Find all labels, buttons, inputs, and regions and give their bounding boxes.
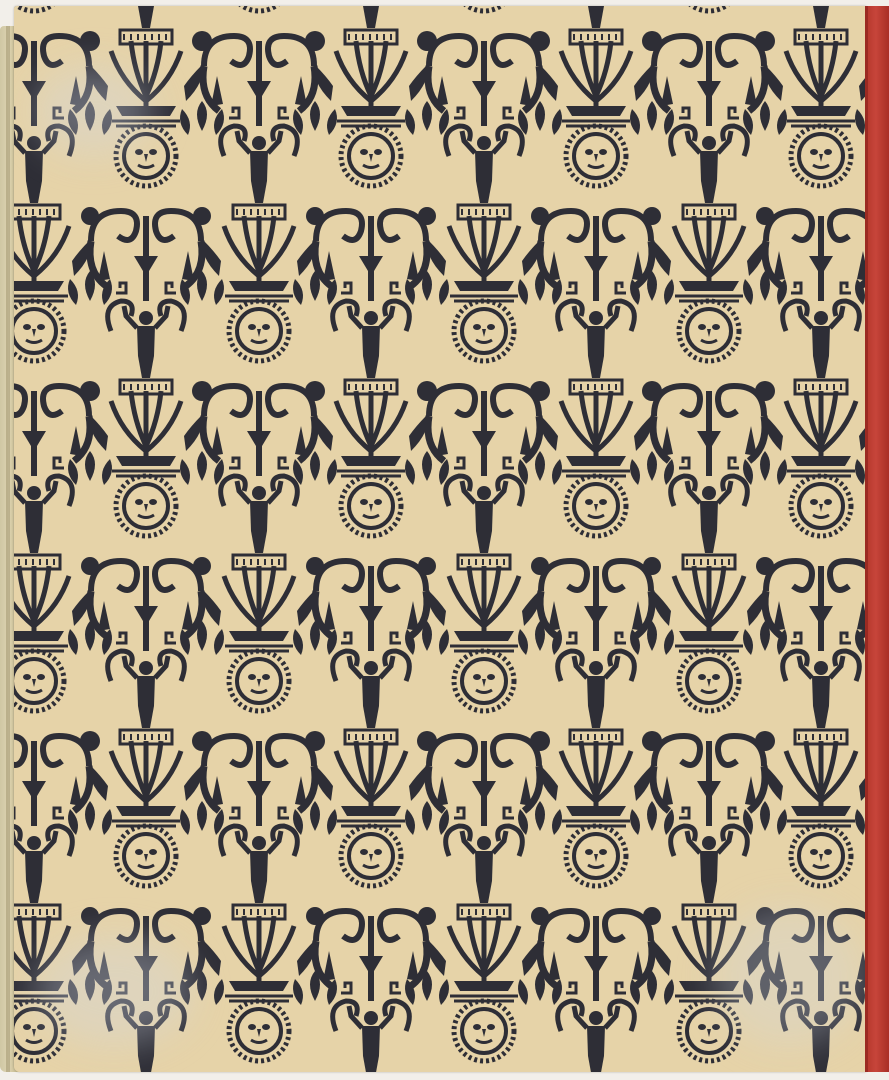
red-spine bbox=[865, 6, 889, 1072]
book-cover bbox=[14, 6, 866, 1072]
wear-stain bbox=[34, 66, 154, 156]
wear-stain bbox=[34, 936, 194, 1046]
ornament-pattern bbox=[14, 6, 866, 1072]
wear-stain bbox=[714, 906, 864, 1046]
